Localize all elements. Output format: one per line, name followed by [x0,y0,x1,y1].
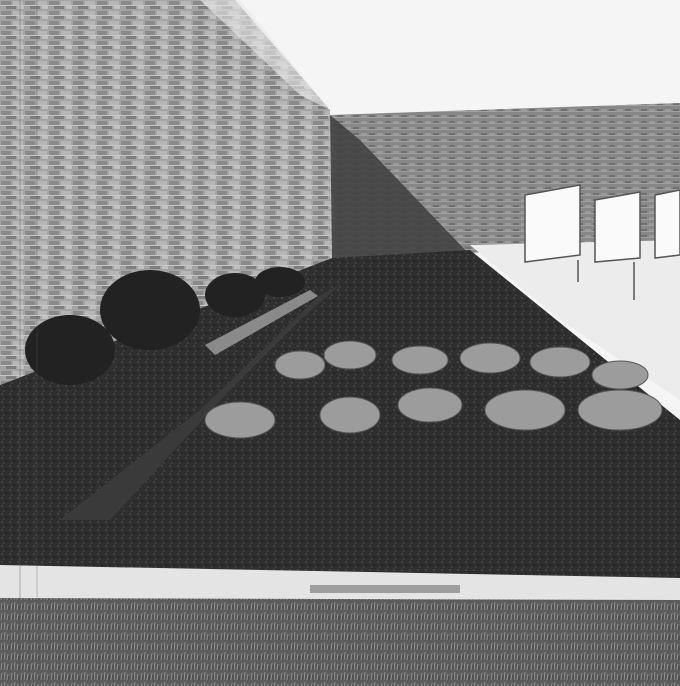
edging-stain [310,585,460,593]
garden-photograph [0,0,680,686]
lawn [0,598,680,686]
photo-canvas [0,0,680,686]
